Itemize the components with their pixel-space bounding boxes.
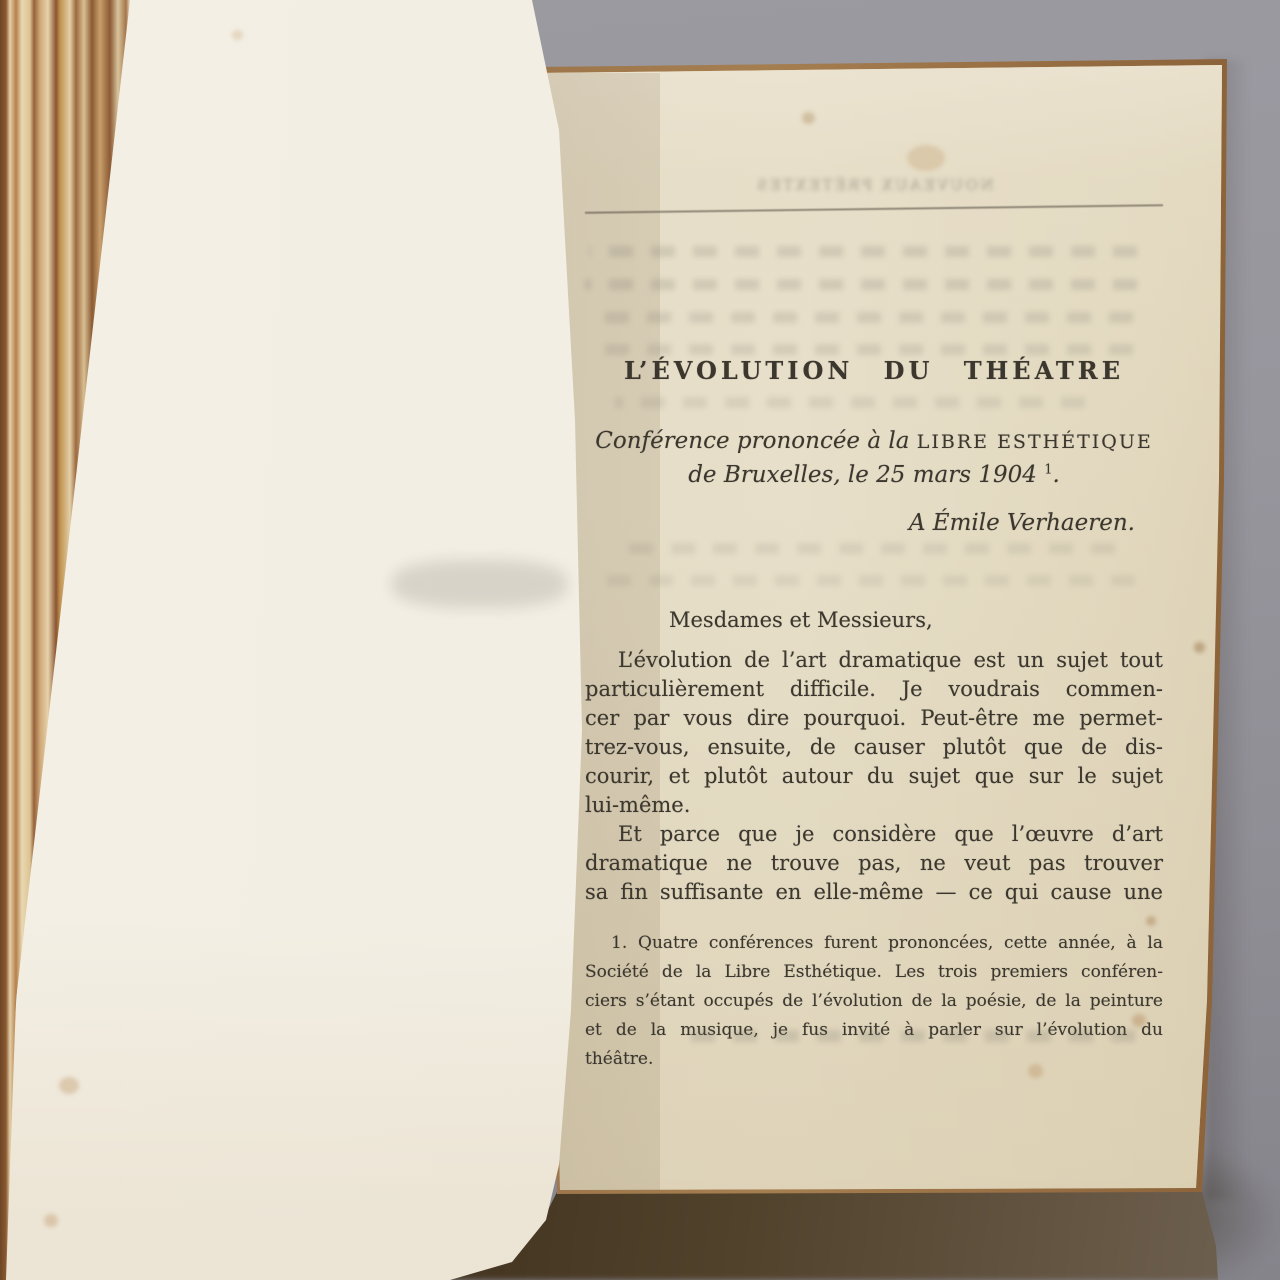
header-rule: [585, 204, 1163, 214]
foxing-stain: [232, 30, 243, 40]
footnote: 1. Quatre conférences furent prononcées,…: [585, 929, 1163, 1074]
paragraph-2: Et parce que je considère que l’œuvre d’…: [585, 820, 1163, 907]
printed-line: dramatique ne trouve pas, ne veut pas tr…: [585, 849, 1163, 878]
bleedthrough-text-ghost: [685, 1030, 1135, 1042]
foxing-stain: [44, 1214, 58, 1227]
bleedthrough-text-ghost: [615, 543, 1115, 554]
subtitle-line-1: Conférence prononcée à la LIBRE ESTHÉTIQ…: [585, 428, 1163, 454]
bleedthrough-text-ghost: [587, 344, 1133, 355]
bleedthrough-running-head: NOUVEAUX PRÉTEXTES: [585, 176, 1163, 194]
printed-line: trez-vous, ensuite, de causer plutôt que…: [585, 733, 1163, 762]
open-book-photo: NOUVEAUX PRÉTEXTES L’ÉVOLUTION DU THÉATR…: [0, 0, 1280, 1280]
bleedthrough-text-ghost: [589, 246, 1137, 257]
printed-line: cer par vous dire pourquoi. Peut-être me…: [585, 704, 1163, 733]
printed-line: sa fin suffisante en elle-même — ce qui …: [585, 878, 1163, 907]
bleedthrough-smudge: [392, 560, 567, 608]
foxing-stain: [59, 1077, 79, 1094]
footnote-reference: 1: [1044, 462, 1052, 477]
foxing-stain: [1194, 642, 1205, 653]
subtitle-smallcaps: LIBRE ESTHÉTIQUE: [917, 431, 1153, 453]
printed-line: courir, et plutôt autour du sujet que su…: [585, 762, 1163, 791]
chapter-title: L’ÉVOLUTION DU THÉATRE: [585, 356, 1163, 385]
subtitle-period: .: [1053, 462, 1060, 488]
printed-line: ciers s’étant occupés de l’évolution de …: [585, 987, 1163, 1016]
printed-line: 1. Quatre conférences furent prononcées,…: [585, 929, 1163, 958]
paragraph-1: L’évolution de l’art dramatique est un s…: [585, 646, 1163, 820]
bleedthrough-text-ghost: [615, 397, 1085, 408]
subtitle-line-2: de Bruxelles, le 25 mars 1904 1.: [585, 462, 1163, 488]
printed-line: théâtre.: [585, 1045, 1163, 1074]
page-content: NOUVEAUX PRÉTEXTES L’ÉVOLUTION DU THÉATR…: [585, 0, 1163, 1280]
printed-line: L’évolution de l’art dramatique est un s…: [585, 646, 1163, 675]
printed-line: Société de la Libre Esthétique. Les troi…: [585, 958, 1163, 987]
printed-line: lui-même.: [585, 791, 1163, 820]
bleedthrough-text-ghost: [593, 312, 1133, 323]
bleedthrough-text-ghost: [585, 279, 1137, 290]
dedication: A Émile Verhaeren.: [585, 510, 1163, 536]
printed-line: particulièrement difficile. Je voudrais …: [585, 675, 1163, 704]
subtitle-italic: Conférence prononcée à la: [595, 428, 916, 454]
subtitle-date: de Bruxelles, le 25 mars 1904: [688, 462, 1044, 488]
bleedthrough-text-ghost: [595, 575, 1135, 586]
printed-line: Et parce que je considère que l’œuvre d’…: [585, 820, 1163, 849]
salutation: Mesdames et Messieurs,: [585, 608, 1247, 632]
